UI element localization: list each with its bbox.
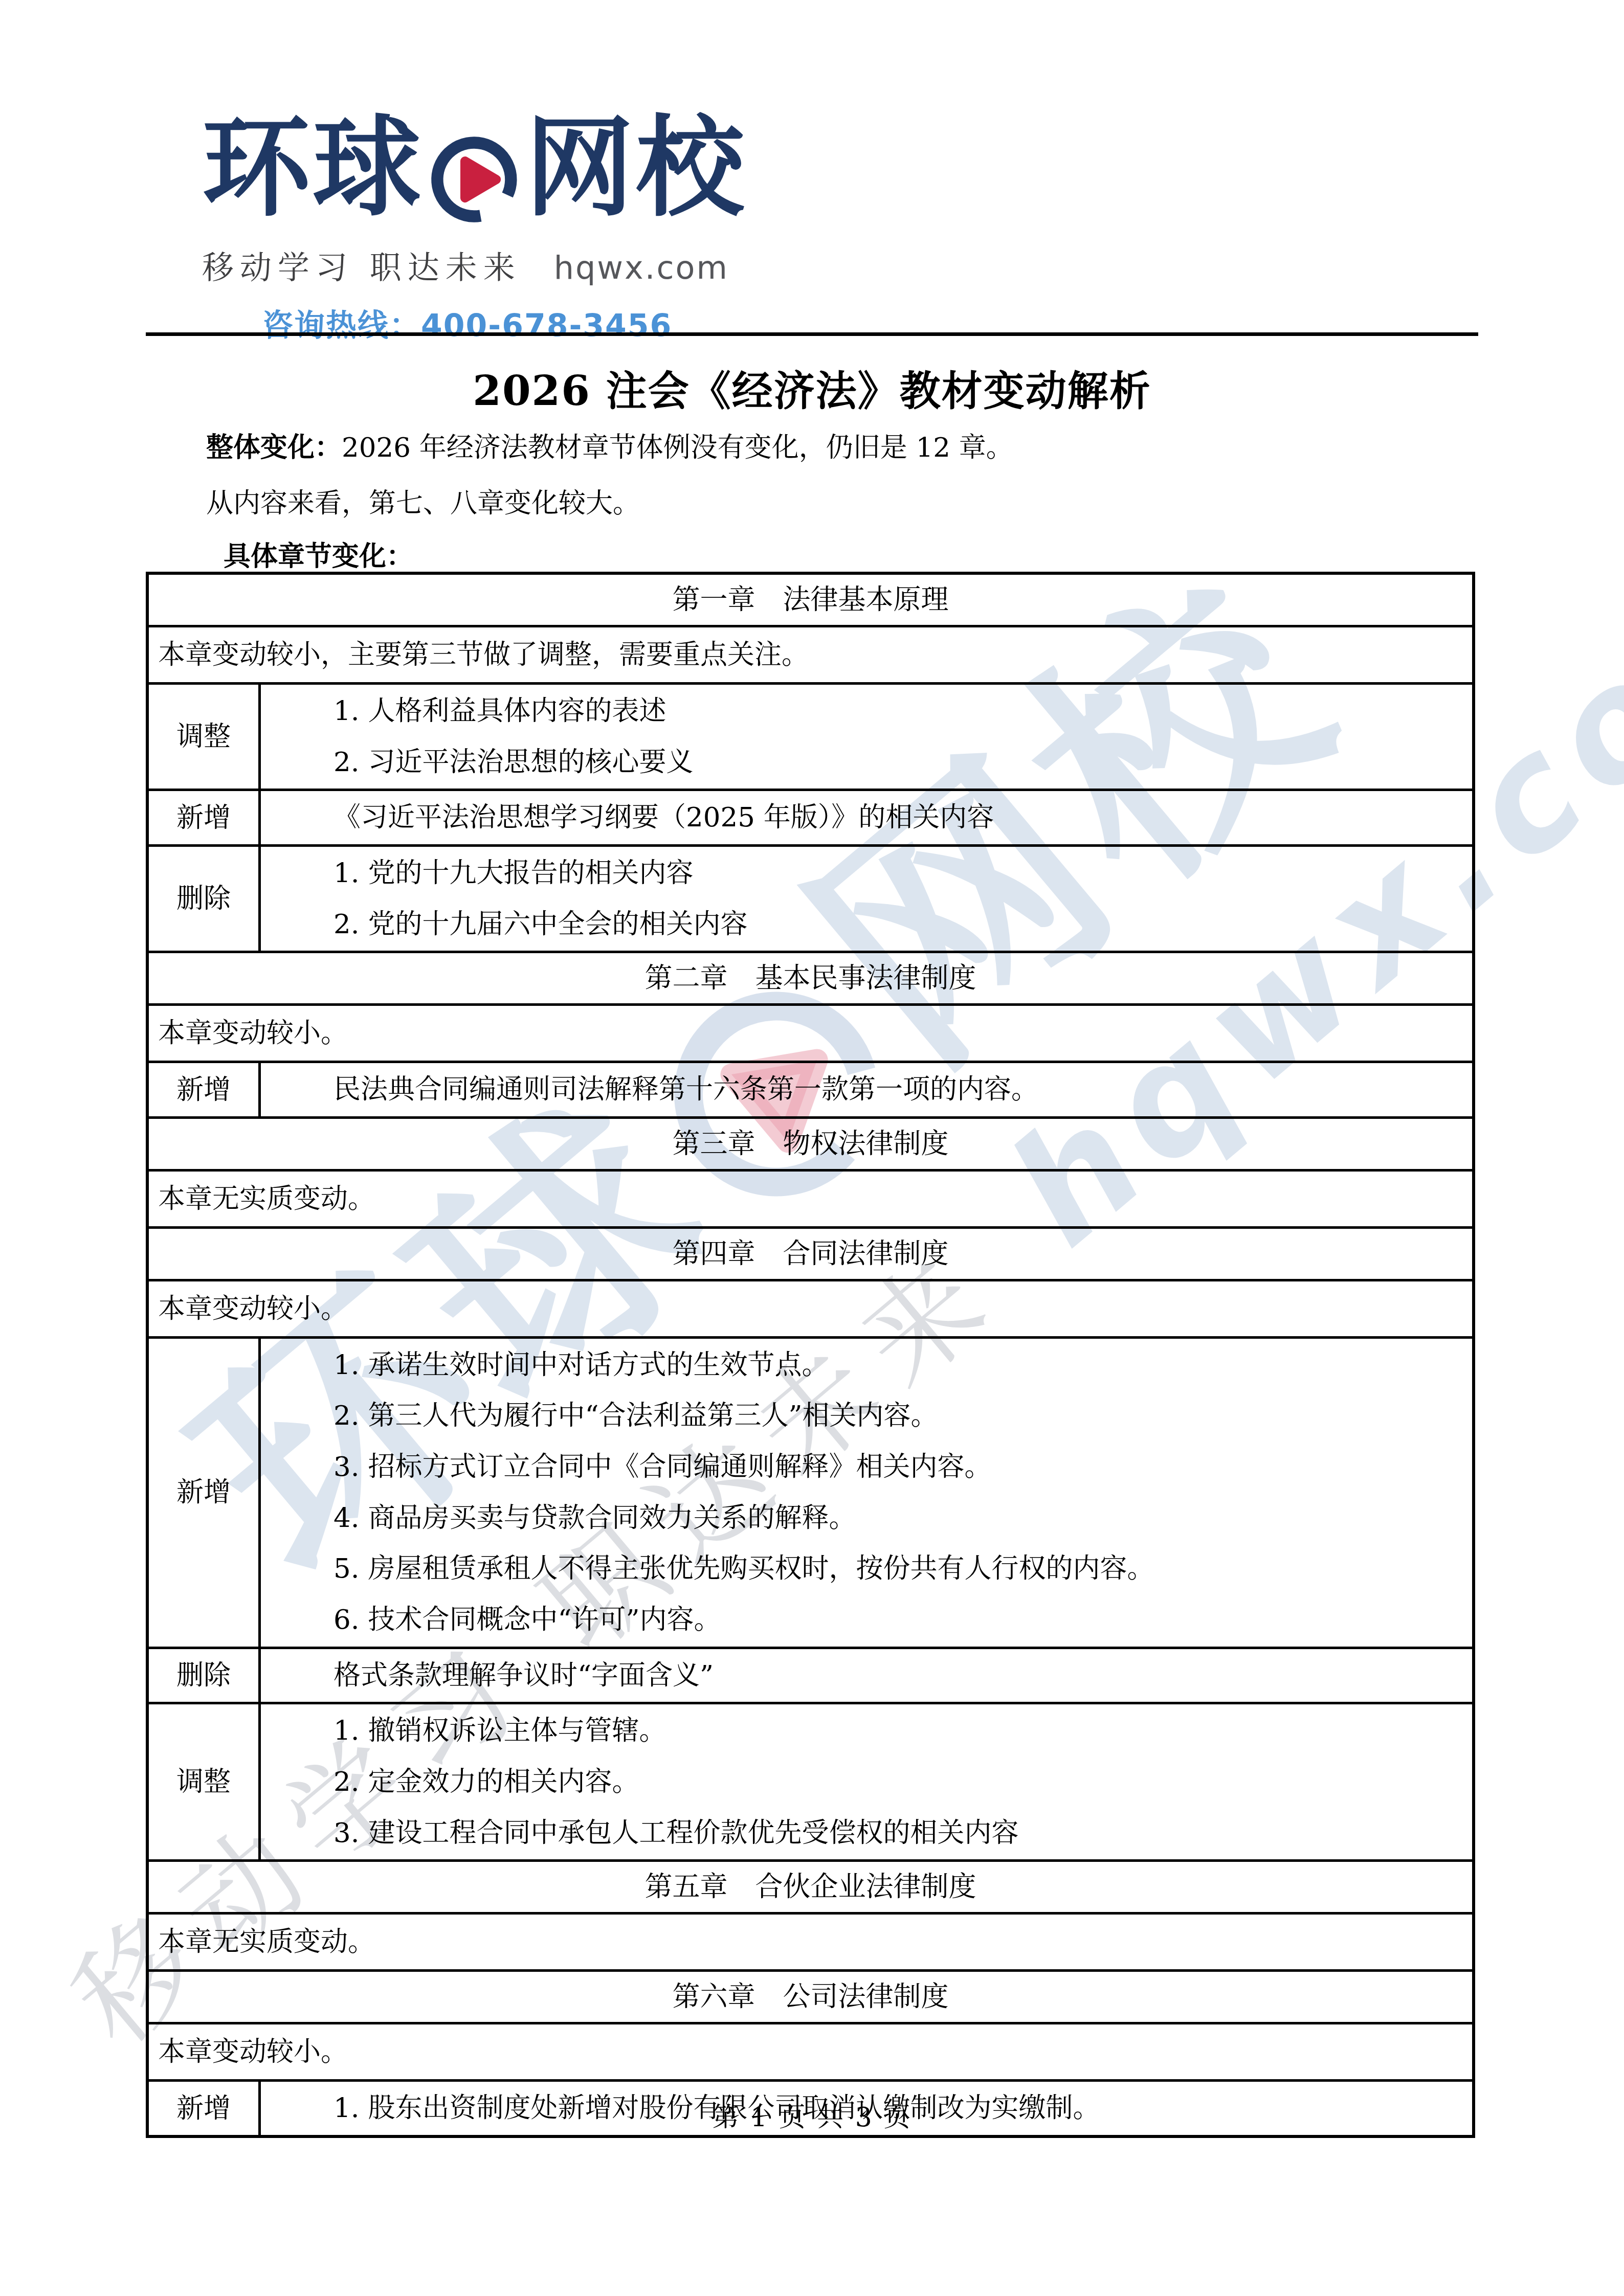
change-type-label: 删除 — [149, 847, 261, 951]
change-row: 删除1. 党的十九大报告的相关内容2. 党的十九届六中全会的相关内容 — [149, 844, 1472, 951]
chapter-header-row: 第二章 基本民事法律制度 — [149, 951, 1472, 1003]
logo-tagline: 移动学习 职达未来 — [202, 242, 521, 288]
document-page: 环球 网校 移动学习 职达未来 hqwx.com 环球 网校 移动 — [0, 0, 1624, 2296]
change-item: 4. 商品房买卖与贷款合同效力关系的解释。 — [333, 1504, 1463, 1533]
change-type-label: 新增 — [149, 1063, 261, 1116]
chapter-note-row: 本章变动较小。 — [149, 1003, 1472, 1061]
hqwx-logo: 环球 网校 — [202, 110, 746, 227]
chapter-note-row: 本章变动较小。 — [149, 2022, 1472, 2079]
chapter-title: 第五章 合伙企业法律制度 — [645, 1871, 976, 1903]
change-type-label: 新增 — [149, 1339, 261, 1647]
change-type-label: 调整 — [149, 1704, 261, 1859]
intro-paragraph: 具体章节变化： — [224, 541, 1478, 572]
change-item: 3. 建设工程合同中承包人工程价款优先受偿权的相关内容 — [333, 1819, 1463, 1848]
logo-text-right: 网校 — [525, 110, 746, 227]
change-items: 1. 承诺生效时间中对话方式的生效节点。2. 第三人代为履行中“合法利益第三人”… — [261, 1339, 1472, 1647]
change-items: 民法典合同编通则司法解释第十六条第一款第一项的内容。 — [261, 1063, 1472, 1116]
intro-paragraph-text: 2026 年经济法教材章节体例没有变化，仍旧是 12 章。 — [342, 432, 1013, 463]
change-row: 调整1. 撤销权诉讼主体与管辖。2. 定金效力的相关内容。3. 建设工程合同中承… — [149, 1702, 1472, 1859]
change-row: 调整1. 人格利益具体内容的表述2. 习近平法治思想的核心要义 — [149, 682, 1472, 789]
change-items: 《习近平法治思想学习纲要（2025 年版）》的相关内容 — [261, 791, 1472, 844]
chapter-note-row: 本章无实质变动。 — [149, 1912, 1472, 1969]
chapter-note: 本章变动较小，主要第三节做了调整，需要重点关注。 — [158, 639, 809, 670]
hotline-number: 400-678-3456 — [421, 308, 672, 344]
intro-paragraph: 整体变化：2026 年经济法教材章节体例没有变化，仍旧是 12 章。 — [206, 432, 1478, 464]
change-items: 格式条款理解争议时“字面含义” — [261, 1649, 1472, 1702]
intro-paragraph: 从内容来看，第七、八章变化较大。 — [206, 488, 1478, 520]
logo-tagline-row: 移动学习 职达未来 hqwx.com — [202, 242, 746, 288]
chapter-note: 本章变动较小。 — [158, 2036, 348, 2067]
page-number: 第 1 页 共 3 页 — [0, 2096, 1624, 2134]
chapter-header-row: 第五章 合伙企业法律制度 — [149, 1859, 1472, 1912]
change-item: 2. 第三人代为履行中“合法利益第三人”相关内容。 — [333, 1402, 1463, 1430]
chapter-note-row: 本章无实质变动。 — [149, 1169, 1472, 1226]
change-item: 1. 人格利益具体内容的表述 — [333, 697, 1463, 726]
chapter-note-row: 本章变动较小，主要第三节做了调整，需要重点关注。 — [149, 625, 1472, 682]
chapter-header-row: 第三章 物权法律制度 — [149, 1116, 1472, 1169]
change-item: 5. 房屋租赁承租人不得主张优先购买权时，按份共有人行权的内容。 — [333, 1555, 1463, 1583]
change-item: 1. 撤销权诉讼主体与管辖。 — [333, 1717, 1463, 1745]
chapter-title: 第三章 物权法律制度 — [673, 1128, 949, 1160]
change-item: 1. 承诺生效时间中对话方式的生效节点。 — [333, 1351, 1463, 1380]
chapter-header-row: 第六章 公司法律制度 — [149, 1969, 1472, 2022]
changes-table: 第一章 法律基本原理本章变动较小，主要第三节做了调整，需要重点关注。调整1. 人… — [146, 572, 1475, 2138]
change-item: 2. 习近平法治思想的核心要义 — [333, 748, 1463, 777]
change-row: 新增《习近平法治思想学习纲要（2025 年版）》的相关内容 — [149, 789, 1472, 844]
intro-paragraph-lead: 整体变化： — [206, 432, 342, 463]
change-type-label: 调整 — [149, 685, 261, 789]
change-items: 1. 党的十九大报告的相关内容2. 党的十九届六中全会的相关内容 — [261, 847, 1472, 951]
chapter-note: 本章无实质变动。 — [158, 1926, 375, 1957]
change-item: 2. 定金效力的相关内容。 — [333, 1768, 1463, 1796]
change-item: 6. 技术合同概念中“许可”内容。 — [333, 1606, 1463, 1634]
chapter-header-row: 第四章 合同法律制度 — [149, 1226, 1472, 1279]
change-item: 3. 招标方式订立合同中《合同编通则解释》相关内容。 — [333, 1453, 1463, 1481]
brand-header: 环球 网校 移动学习 职达未来 hqwx.com 咨询热线：400-678-34… — [202, 110, 746, 345]
intro-paragraph-lead: 具体章节变化： — [224, 541, 413, 572]
play-circle-icon — [428, 133, 520, 226]
chapter-note: 本章变动较小。 — [158, 1293, 348, 1324]
change-item: 《习近平法治思想学习纲要（2025 年版）》的相关内容 — [333, 803, 1463, 832]
header-divider — [146, 332, 1478, 336]
logo-text-left: 环球 — [202, 110, 423, 227]
change-type-label: 新增 — [149, 791, 261, 844]
change-item: 1. 党的十九大报告的相关内容 — [333, 859, 1463, 888]
chapter-title: 第二章 基本民事法律制度 — [645, 962, 976, 994]
hotline-label: 咨询热线： — [262, 308, 421, 344]
change-row: 删除格式条款理解争议时“字面含义” — [149, 1647, 1472, 1702]
change-items: 1. 撤销权诉讼主体与管辖。2. 定金效力的相关内容。3. 建设工程合同中承包人… — [261, 1704, 1472, 1859]
change-type-label: 删除 — [149, 1649, 261, 1702]
hotline: 咨询热线：400-678-3456 — [262, 301, 746, 345]
change-item: 格式条款理解争议时“字面含义” — [333, 1661, 1463, 1690]
intro-paragraphs: 整体变化：2026 年经济法教材章节体例没有变化，仍旧是 12 章。从内容来看，… — [146, 432, 1478, 572]
chapter-header-row: 第一章 法律基本原理 — [149, 575, 1472, 625]
chapter-note: 本章无实质变动。 — [158, 1183, 375, 1214]
change-items: 1. 人格利益具体内容的表述2. 习近平法治思想的核心要义 — [261, 685, 1472, 789]
change-item: 民法典合同编通则司法解释第十六条第一款第一项的内容。 — [333, 1075, 1463, 1104]
chapter-note-row: 本章变动较小。 — [149, 1279, 1472, 1336]
change-row: 新增1. 承诺生效时间中对话方式的生效节点。2. 第三人代为履行中“合法利益第三… — [149, 1336, 1472, 1647]
logo-website: hqwx.com — [554, 249, 729, 286]
chapter-title: 第六章 公司法律制度 — [673, 1980, 949, 2013]
intro-paragraph-text: 从内容来看，第七、八章变化较大。 — [206, 488, 640, 519]
change-row: 新增民法典合同编通则司法解释第十六条第一款第一项的内容。 — [149, 1061, 1472, 1116]
change-item: 2. 党的十九届六中全会的相关内容 — [333, 910, 1463, 939]
chapter-title: 第一章 法律基本原理 — [673, 583, 949, 616]
page-title: 2026 注会《经济法》教材变动解析 — [0, 358, 1624, 417]
chapter-note: 本章变动较小。 — [158, 1018, 348, 1049]
chapter-title: 第四章 合同法律制度 — [673, 1237, 949, 1270]
